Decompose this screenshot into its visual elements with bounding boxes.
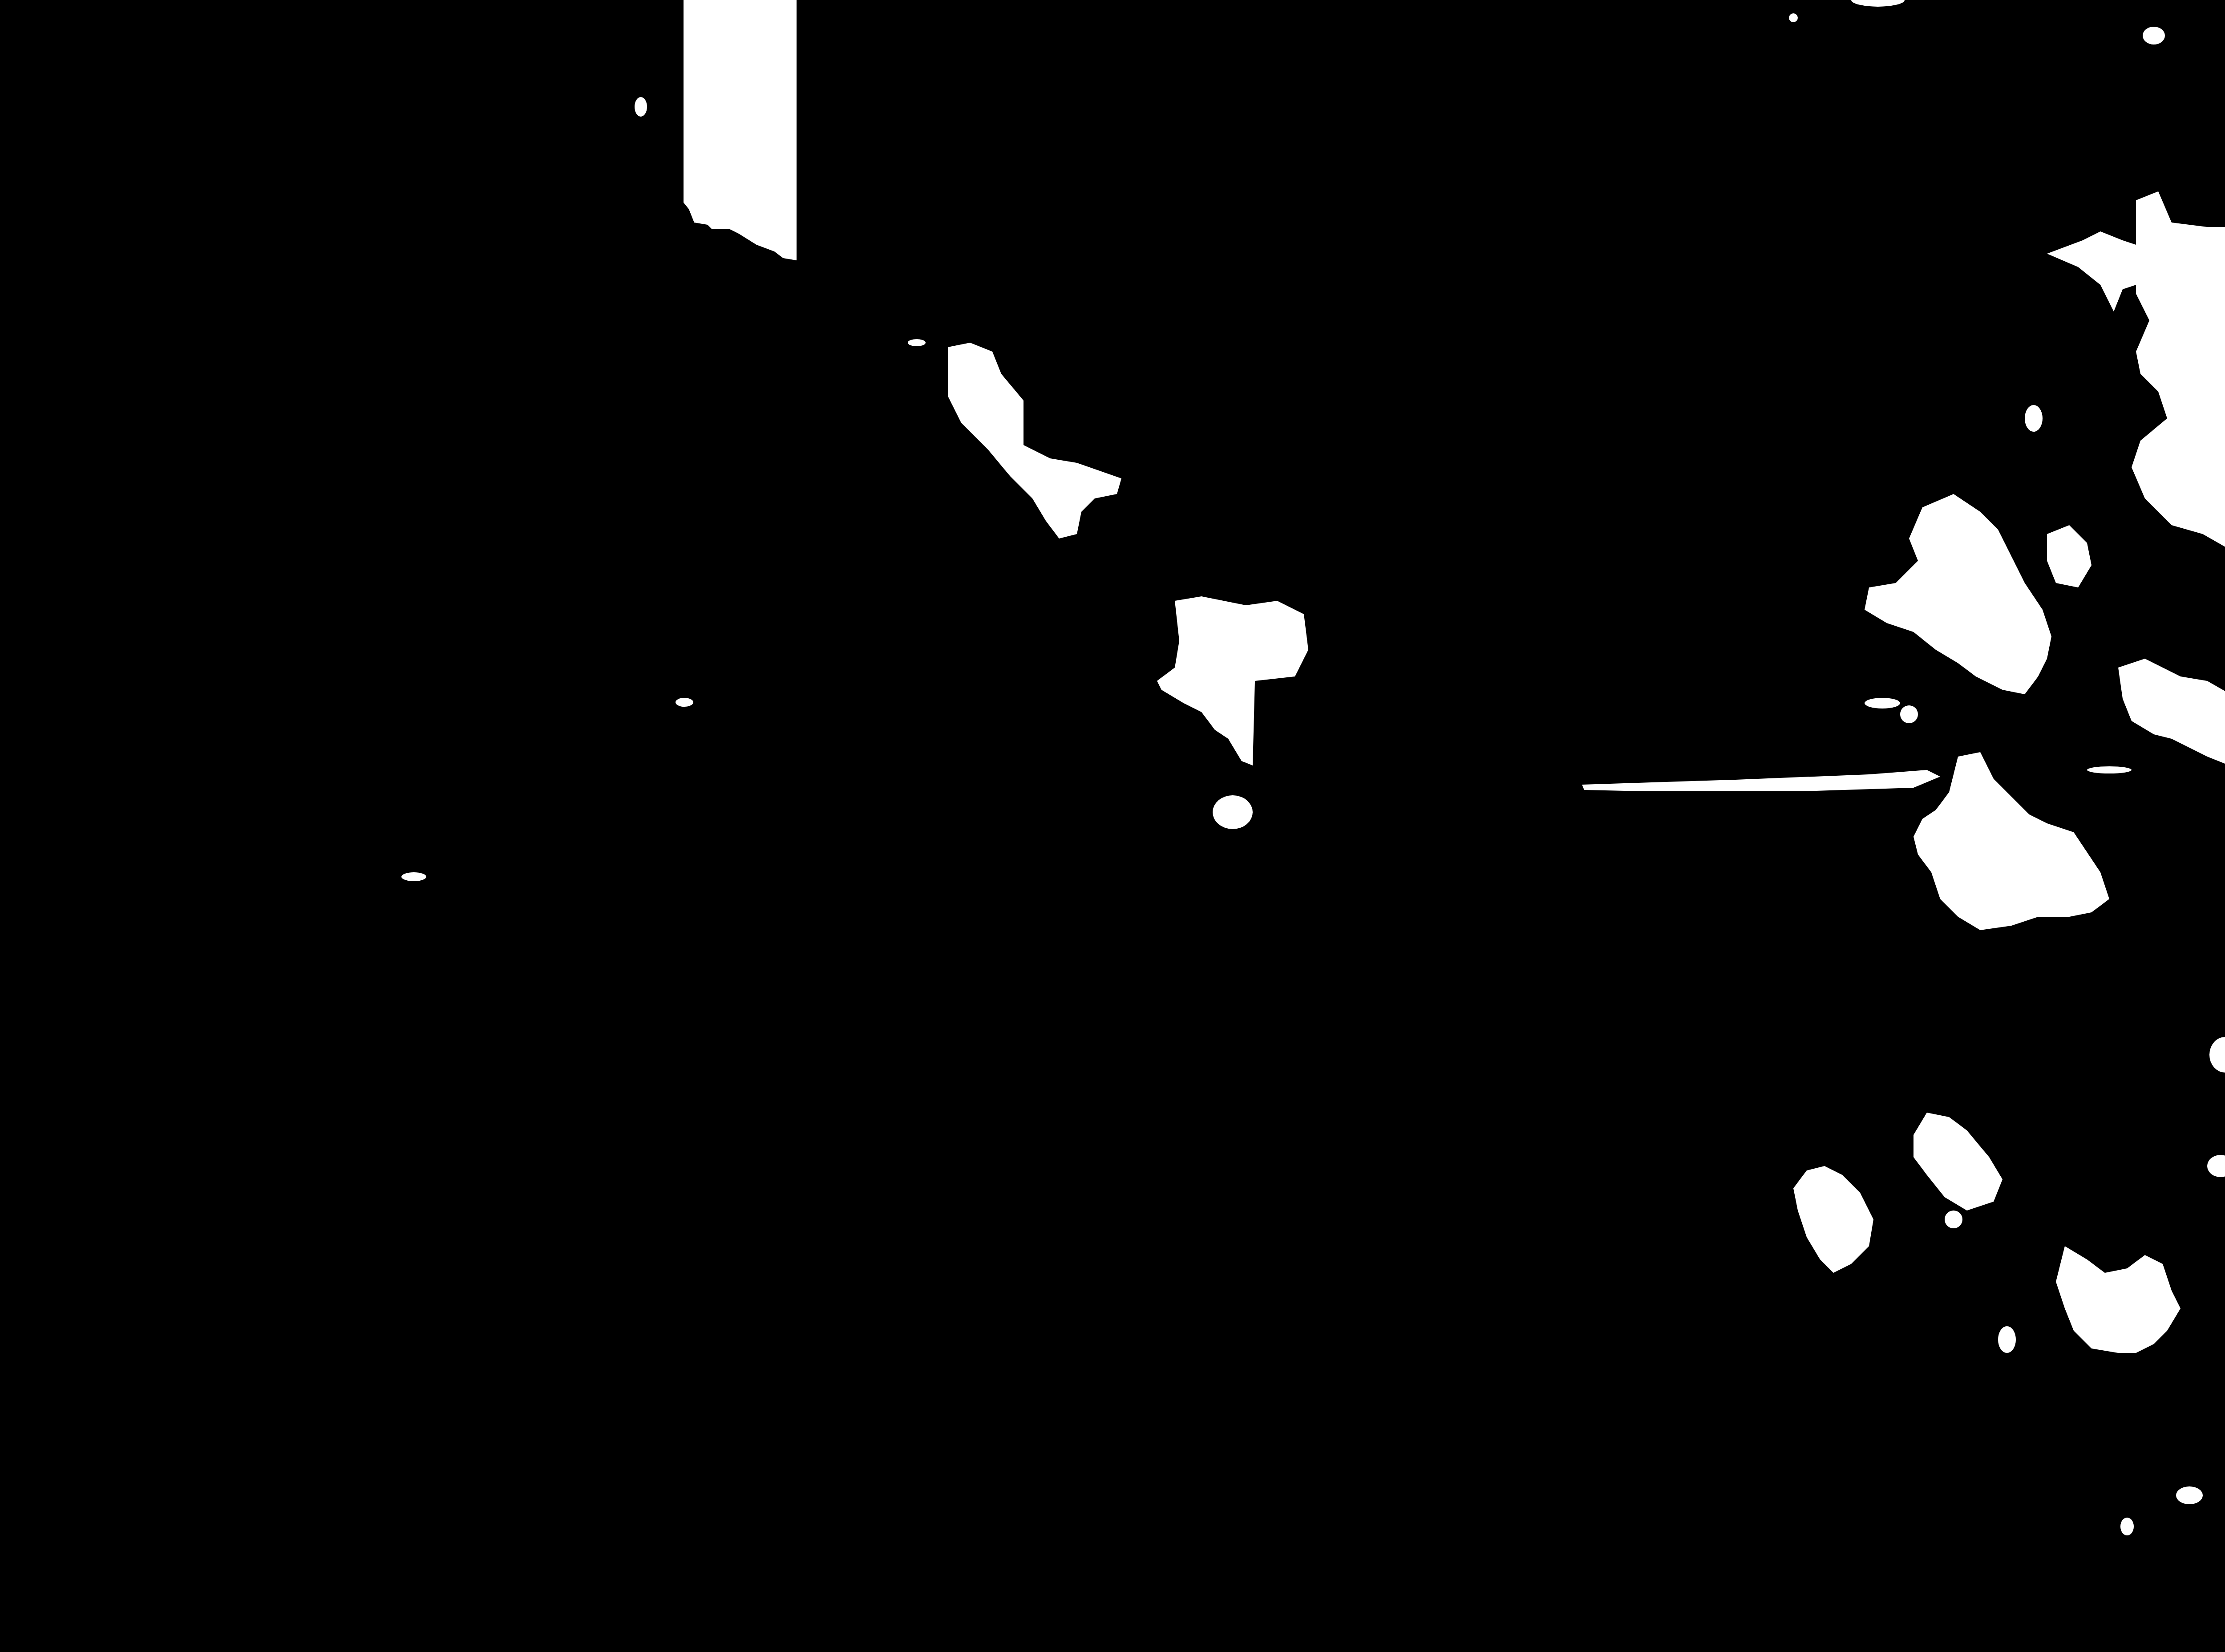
region-horizontal-streak xyxy=(1582,770,1940,791)
region-center-blob xyxy=(401,596,1308,881)
region-top-left-strip xyxy=(635,0,797,260)
region-upper-center-blob xyxy=(948,343,1121,539)
segmentation-mask xyxy=(0,0,2225,1652)
region-right-cluster xyxy=(1793,0,2225,1652)
